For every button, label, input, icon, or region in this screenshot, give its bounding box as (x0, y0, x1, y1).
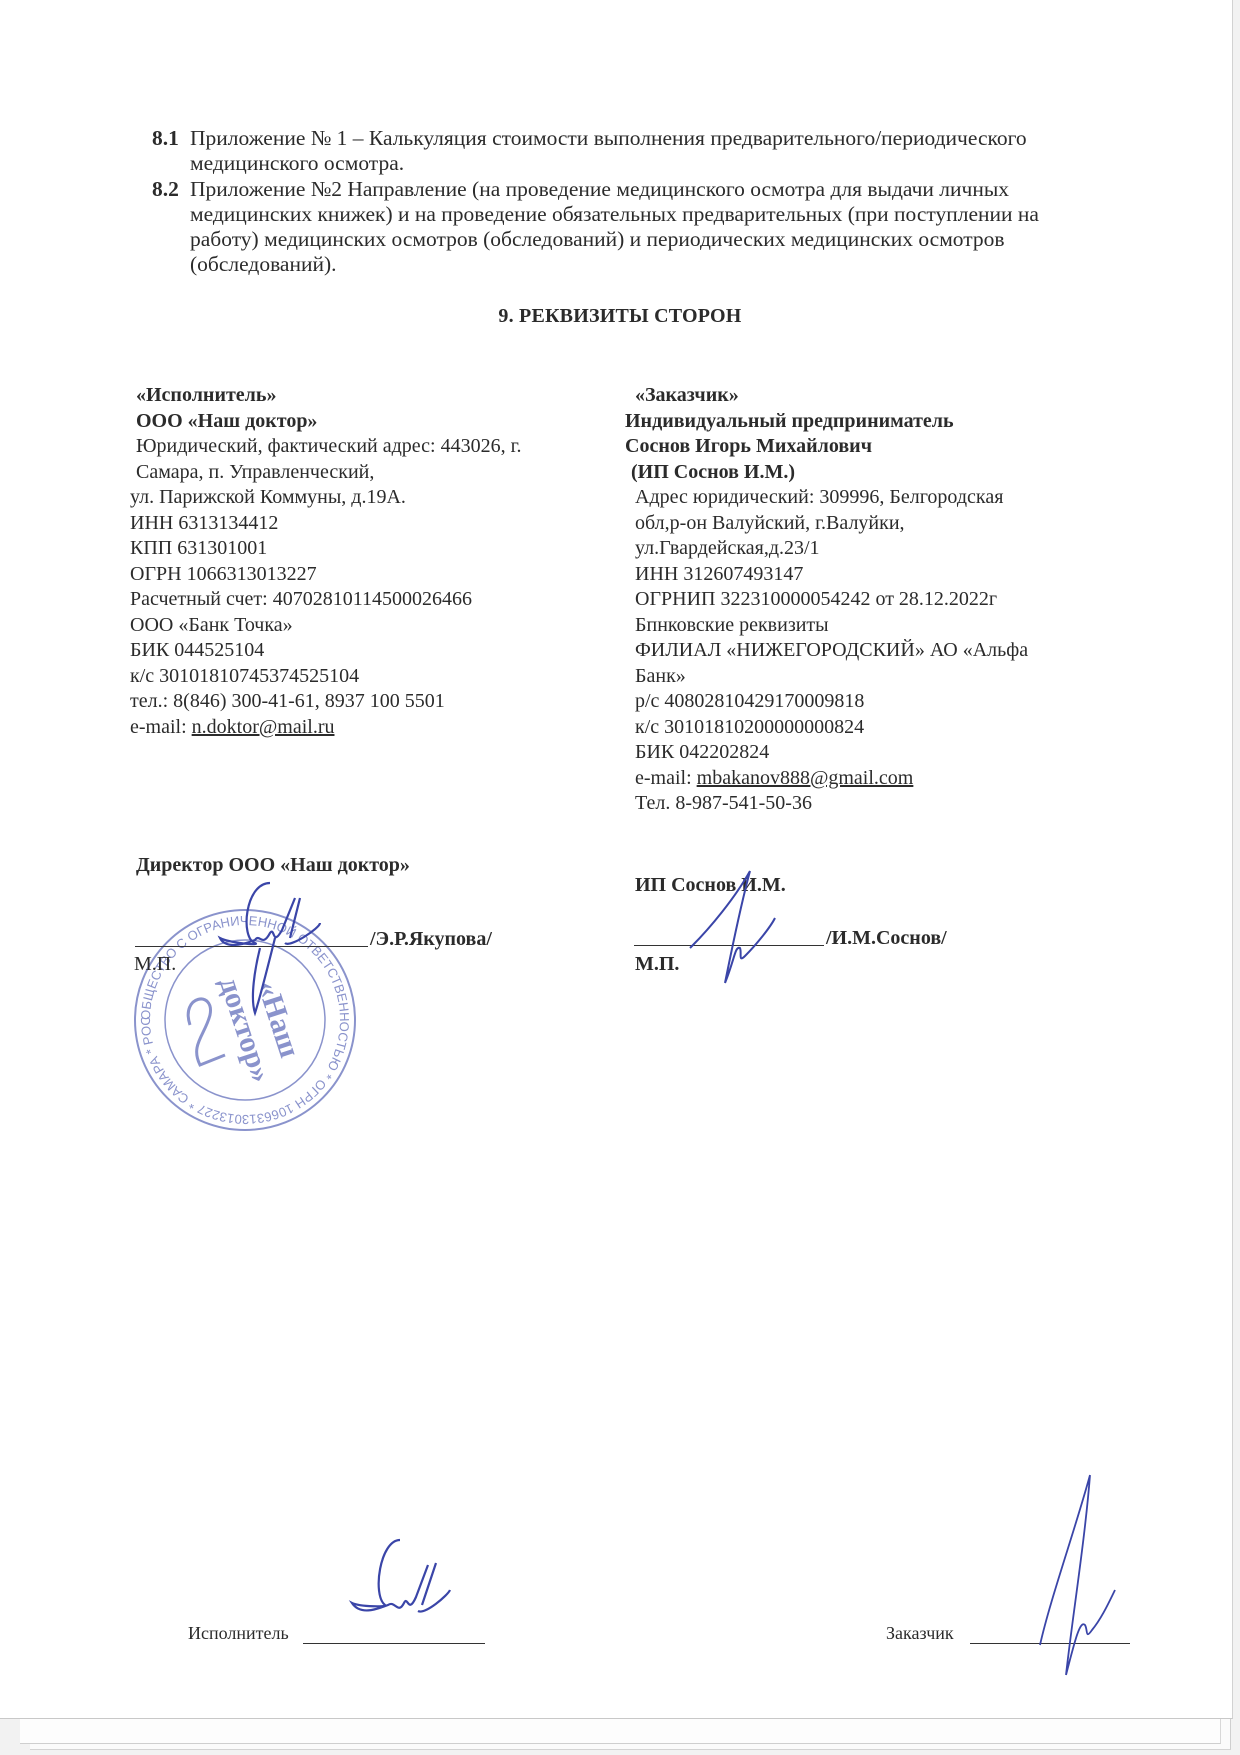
document-page: 8.1 Приложение № 1 – Калькуляция стоимос… (0, 0, 1233, 1719)
executor-name: ООО «Наш доктор» (130, 409, 600, 435)
customer-account: р/с 40802810429170009818 (625, 689, 1125, 715)
appendix-number: 8.1 (152, 126, 179, 151)
footer-executor-signature-icon (340, 1535, 460, 1655)
customer-address: Адрес юридический: 309996, Белгородская (625, 485, 1125, 511)
executor-inn: ИНН 6313134412 (130, 511, 600, 537)
executor-details: «Исполнитель» ООО «Наш доктор» Юридическ… (130, 383, 600, 740)
customer-details: «Заказчик» Индивидуальный предпринимател… (625, 383, 1125, 817)
customer-address: ул.Гвардейская,д.23/1 (625, 536, 1125, 562)
customer-bik: БИК 042202824 (625, 740, 1125, 766)
appendix-number: 8.2 (152, 177, 179, 202)
executor-email-link[interactable]: n.doktor@mail.ru (192, 716, 335, 738)
customer-type: Индивидуальный предприниматель (625, 409, 1125, 435)
executor-corr-account: к/с 30101810745374525104 (130, 664, 600, 690)
executor-signature-title: Директор ООО «Наш доктор» (136, 854, 410, 877)
customer-bank: ФИЛИАЛ «НИЖЕГОРОДСКИЙ» АО «Альфа (625, 638, 1125, 664)
executor-account: Расчетный счет: 40702810114500026466 (130, 587, 600, 613)
executor-stamp-label: М.П. (134, 953, 176, 976)
appendix-item: 8.1 Приложение № 1 – Калькуляция стоимос… (152, 126, 1092, 176)
customer-email-row: e-mail: mbakanov888@gmail.com (625, 766, 1125, 792)
executor-bik: БИК 044525104 (130, 638, 600, 664)
email-label: e-mail: (130, 716, 192, 738)
customer-role: «Заказчик» (625, 383, 1125, 409)
executor-email-row: e-mail: n.doktor@mail.ru (130, 715, 600, 741)
executor-address: Юридический, фактический адрес: 443026, … (130, 434, 600, 460)
executor-signature-icon (200, 878, 330, 1018)
customer-name: Соснов Игорь Михайлович (625, 434, 1125, 460)
customer-short-name: (ИП Соснов И.М.) (625, 460, 1125, 486)
customer-phone: Тел. 8-987-541-50-36 (625, 791, 1125, 817)
customer-address: обл,р-он Валуйский, г.Валуйки, (625, 511, 1125, 537)
customer-corr-account: к/с 30101810200000000824 (625, 715, 1125, 741)
appendix-text: Приложение № 1 – Калькуляция стоимости в… (190, 126, 1092, 176)
customer-signatory-name: /И.М.Соснов/ (826, 927, 947, 950)
executor-bank: ООО «Банк Точка» (130, 613, 600, 639)
customer-inn: ИНН 312607493147 (625, 562, 1125, 588)
customer-email-link[interactable]: mbakanov888@gmail.com (697, 767, 914, 789)
customer-bank: Банк» (625, 664, 1125, 690)
executor-phone: тел.: 8(846) 300-41-61, 8937 100 5501 (130, 689, 600, 715)
executor-address: ул. Парижской Коммуны, д.19А. (130, 485, 600, 511)
footer-customer-signature-icon (1030, 1470, 1120, 1685)
customer-signature-icon (680, 868, 790, 988)
customer-bank-label: Бпнковские реквизиты (625, 613, 1125, 639)
customer-ogrnip: ОГРНИП 322310000054242 от 28.12.2022г (625, 587, 1125, 613)
email-label: e-mail: (635, 767, 697, 789)
executor-signatory-name: /Э.Р.Якупова/ (370, 928, 492, 951)
executor-role: «Исполнитель» (130, 383, 600, 409)
customer-stamp-label: М.П. (635, 953, 679, 976)
executor-kpp: КПП 631301001 (130, 536, 600, 562)
executor-ogrn: ОГРН 1066313013227 (130, 562, 600, 588)
footer-customer-label: Заказчик (886, 1623, 954, 1644)
appendix-text: Приложение №2 Направление (на проведение… (190, 177, 1092, 277)
appendix-item: 8.2 Приложение №2 Направление (на провед… (152, 177, 1092, 277)
section-heading: 9. РЕКВИЗИТЫ СТОРОН (0, 305, 1240, 328)
footer-executor-label: Исполнитель (188, 1623, 289, 1644)
executor-address: Самара, п. Управленческий, (130, 460, 600, 486)
